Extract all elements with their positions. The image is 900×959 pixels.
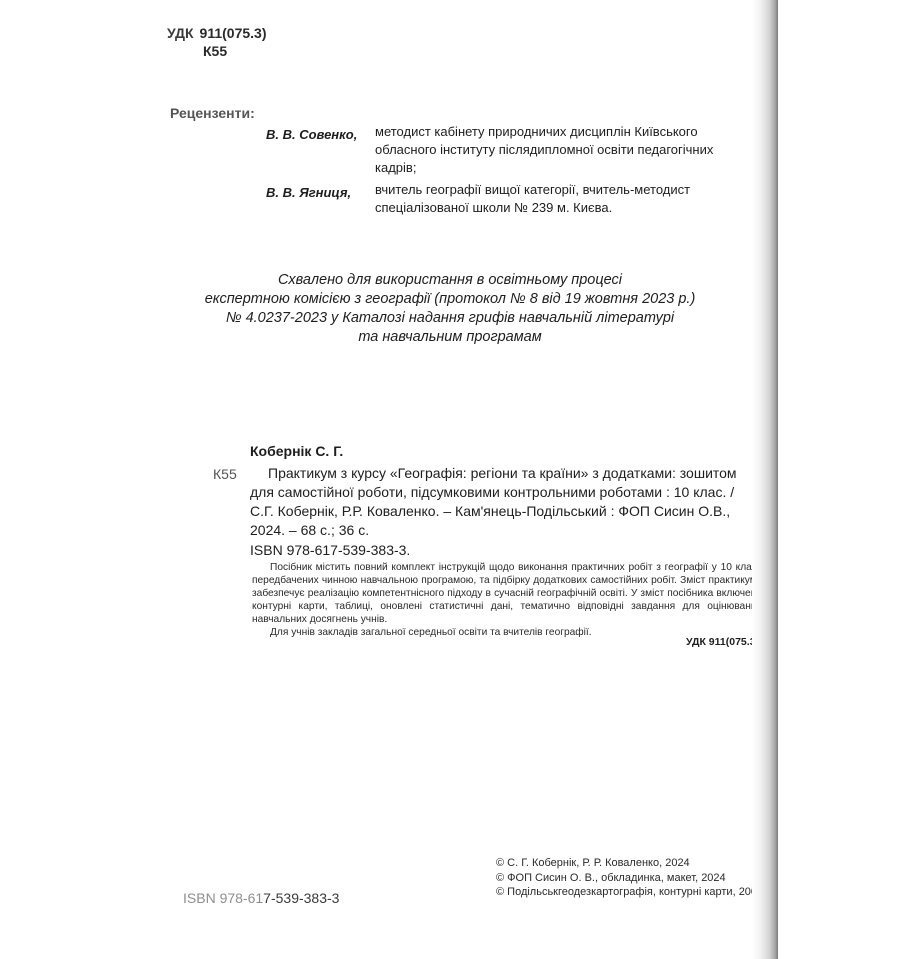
udk-code: 911(075.3)	[200, 25, 267, 41]
copyright-line: © С. Г. Кобернік, Р. Р. Коваленко, 2024	[496, 856, 766, 871]
footer-isbn-light: ISBN 978-61	[183, 890, 263, 906]
catalog-udk: УДК 911(075.3)	[686, 636, 759, 648]
page-edge-shadow	[752, 0, 778, 959]
bib-line: для самостійної роботи, підсумковими кон…	[250, 483, 762, 502]
footer-isbn-dark: 7-539-383-3	[263, 890, 339, 906]
reviewer-name: В. В. Ягниця,	[266, 185, 351, 200]
reviewer-description: методист кабінету природничих дисциплін …	[375, 123, 745, 177]
bib-line: С.Г. Кобернік, Р.Р. Коваленко. – Кам'яне…	[250, 502, 762, 521]
bib-line: Практикум з курсу «Географія: регіони та…	[250, 464, 762, 483]
copyright-block: © С. Г. Кобернік, Р. Р. Коваленко, 2024 …	[496, 856, 766, 900]
approval-line: Схвалено для використання в освітньому п…	[200, 271, 700, 290]
annotation: Посібник містить повний комплект інструк…	[252, 561, 762, 639]
approval-line: № 4.0237-2023 у Каталозі надання грифів …	[200, 309, 700, 328]
footer-isbn: ISBN 978-617-539-383-3	[183, 890, 339, 906]
udk-label: УДК	[167, 25, 194, 41]
reviewers-title: Рецензенти:	[170, 105, 255, 121]
approval-line: та навчальним програмам	[200, 328, 700, 347]
approval-statement: Схвалено для використання в освітньому п…	[200, 271, 700, 347]
catalog-author: Кобернік С. Г.	[250, 443, 343, 459]
copyright-line: © ФОП Сисин О. В., обкладинка, макет, 20…	[496, 871, 766, 886]
author-mark: К55	[203, 43, 227, 59]
book-page: УДК911(075.3) К55 Рецензенти: В. В. Сове…	[0, 0, 778, 959]
approval-line: експертною комісією з географії (протоко…	[200, 290, 700, 309]
reviewer-description: вчитель географії вищої категорії, вчите…	[375, 181, 745, 217]
reviewer-name: В. В. Совенко,	[266, 127, 357, 142]
copyright-line: © Подільськгеодезкартографія, контурні к…	[496, 885, 766, 900]
annotation-paragraph: Посібник містить повний комплект інструк…	[252, 561, 762, 626]
bibliographic-description: Практикум з курсу «Географія: регіони та…	[250, 464, 762, 540]
isbn: ISBN 978-617-539-383-3.	[250, 542, 410, 558]
udk-classification: УДК911(075.3)	[167, 25, 266, 41]
catalog-author-mark: К55	[213, 466, 237, 482]
bib-line: 2024. – 68 с.; 36 с.	[250, 521, 762, 540]
